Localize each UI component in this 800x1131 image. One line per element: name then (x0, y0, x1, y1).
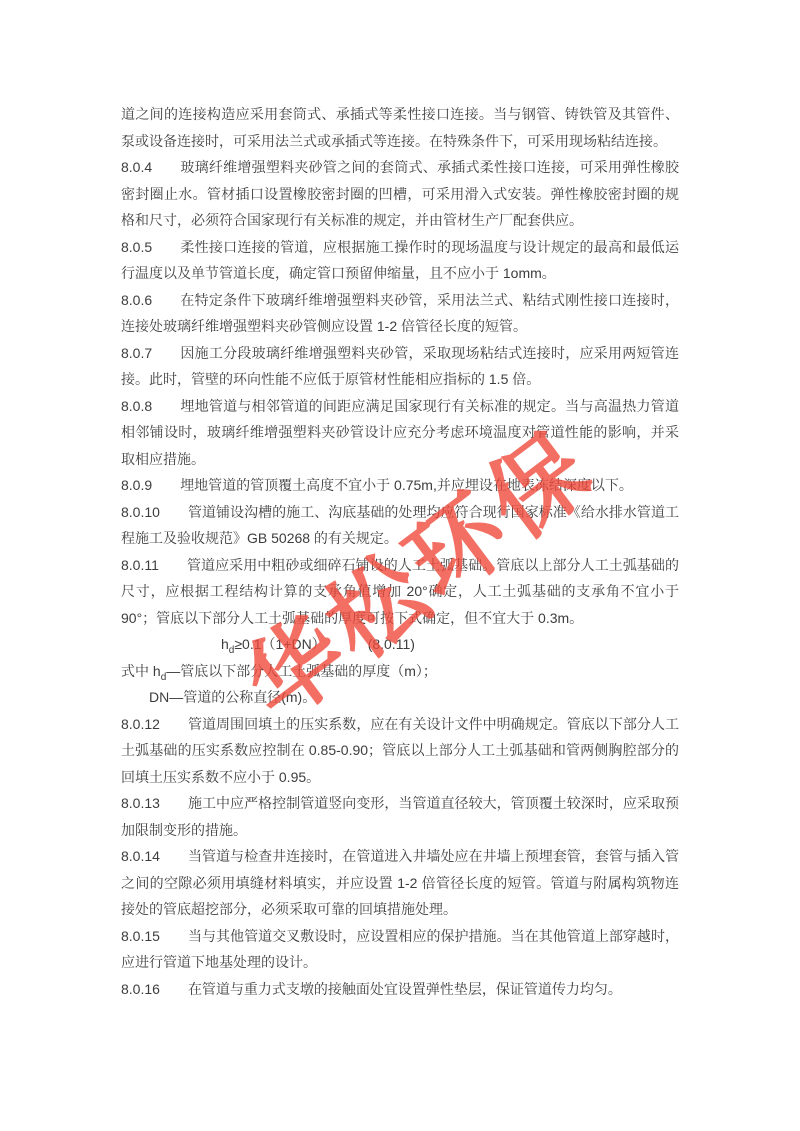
clause-number: 8.0.15 (121, 928, 160, 944)
clause-number: 8.0.11 (121, 557, 159, 573)
clause-8-0-5: 8.0.5柔性接口连接的管道，应根据施工操作时的现场温度与设计规定的最高和最低运… (121, 234, 679, 287)
clause-number: 8.0.6 (121, 292, 152, 308)
formula-equation-number: (8.0.11) (368, 636, 415, 652)
clause-number: 8.0.10 (121, 504, 160, 520)
clause-number: 8.0.16 (121, 981, 160, 997)
clause-8-0-12: 8.0.12管道周围回填土的压实系数，应在有关设计文件中明确规定。管底以下部分人… (121, 711, 679, 791)
document-text-block: 道之间的连接构造应采用套筒式、承插式等柔性接口连接。当与钢管、铸铁管及其管件、泵… (121, 101, 679, 1002)
clause-text: 管道铺设沟槽的施工、沟底基础的处理均应符合现行国家标准《给水排水管道工程施工及验… (121, 504, 679, 547)
clause-number: 8.0.8 (121, 398, 152, 414)
clause-8-0-6: 8.0.6在特定条件下玻璃纤维增强塑料夹砂管，采用法兰式、粘结式刚性接口连接时，… (121, 287, 679, 340)
clause-8-0-11: 8.0.11管道应采用中粗砂或细碎石铺设的人工土弧基础。管底以上部分人工土弧基础… (121, 552, 679, 632)
dn-text: DN—管道的公称直径(m)。 (149, 689, 316, 705)
clause-8-0-10: 8.0.10管道铺设沟槽的施工、沟底基础的处理均应符合现行国家标准《给水排水管道… (121, 499, 679, 552)
clause-text: 当与其他管道交叉敷设时，应设置相应的保护措施。当在其他管道上部穿越时，应进行管道… (121, 928, 679, 971)
paragraph-continuation: 道之间的连接构造应采用套筒式、承插式等柔性接口连接。当与钢管、铸铁管及其管件、泵… (121, 101, 679, 154)
where-text: —管底以下部分人工土弧基础的厚度（m）； (166, 663, 437, 679)
clause-text: 埋地管道的管顶覆土高度不宜小于 0.75m,并应埋设在地表冻结深度以下。 (180, 477, 633, 493)
clause-8-0-4: 8.0.4玻璃纤维增强塑料夹砂管之间的套筒式、承插式柔性接口连接，可采用弹性橡胶… (121, 154, 679, 234)
formula-dn-definition: DN—管道的公称直径(m)。 (121, 684, 679, 711)
clause-number: 8.0.14 (121, 848, 160, 864)
clause-number: 8.0.7 (121, 345, 152, 361)
formula-variable: h (221, 636, 229, 652)
clause-text: 道之间的连接构造应采用套筒式、承插式等柔性接口连接。当与钢管、铸铁管及其管件、泵… (121, 106, 679, 149)
clause-text: 玻璃纤维增强塑料夹砂管之间的套筒式、承插式柔性接口连接，可采用弹性橡胶密封圈止水… (121, 159, 679, 228)
clause-text: 在特定条件下玻璃纤维增强塑料夹砂管，采用法兰式、粘结式刚性接口连接时，连接处玻璃… (121, 292, 679, 335)
clause-8-0-9: 8.0.9埋地管道的管顶覆土高度不宜小于 0.75m,并应埋设在地表冻结深度以下… (121, 472, 679, 499)
clause-8-0-16: 8.0.16在管道与重力式支墩的接触面处宜设置弹性垫层，保证管道传力均匀。 (121, 976, 679, 1003)
clause-number: 8.0.12 (121, 716, 160, 732)
clause-number: 8.0.4 (121, 159, 152, 175)
clause-number: 8.0.13 (121, 795, 160, 811)
clause-text: 管道应采用中粗砂或细碎石铺设的人工土弧基础。管底以上部分人工土弧基础的尺寸，应根… (121, 557, 679, 626)
clause-text: 埋地管道与相邻管道的间距应满足国家现行有关标准的规定。当与高温热力管道相邻铺设时… (121, 398, 679, 467)
where-lead: 式中 h (121, 663, 161, 679)
clause-text: 柔性接口连接的管道，应根据施工操作时的现场温度与设计规定的最高和最低运行温度以及… (121, 239, 679, 282)
formula-expression: ≥0.1（1+DN） (234, 636, 325, 652)
formula-8-0-11: hd≥0.1（1+DN）(8.0.11) (121, 631, 679, 658)
formula-where-definition: 式中 hd—管底以下部分人工土弧基础的厚度（m）； (121, 658, 679, 685)
clause-8-0-15: 8.0.15当与其他管道交叉敷设时，应设置相应的保护措施。当在其他管道上部穿越时… (121, 923, 679, 976)
clause-8-0-8: 8.0.8埋地管道与相邻管道的间距应满足国家现行有关标准的规定。当与高温热力管道… (121, 393, 679, 473)
clause-8-0-7: 8.0.7因施工分段玻璃纤维增强塑料夹砂管，采取现场粘结式连接时，应采用两短管连… (121, 340, 679, 393)
clause-text: 当管道与检查井连接时，在管道进入井墙处应在井墙上预埋套管，套管与插入管之间的空隙… (121, 848, 679, 917)
clause-text: 管道周围回填土的压实系数，应在有关设计文件中明确规定。管底以下部分人工土弧基础的… (121, 716, 679, 785)
clause-number: 8.0.9 (121, 477, 152, 493)
clause-text: 在管道与重力式支墩的接触面处宜设置弹性垫层，保证管道传力均匀。 (188, 981, 622, 997)
clause-8-0-13: 8.0.13施工中应严格控制管道竖向变形，当管道直径较大，管顶覆土较深时，应采取… (121, 790, 679, 843)
clause-text: 因施工分段玻璃纤维增强塑料夹砂管，采取现场粘结式连接时，应采用两短管连接。此时，… (121, 345, 679, 388)
clause-text: 施工中应严格控制管道竖向变形，当管道直径较大，管顶覆土较深时，应采取预加限制变形… (121, 795, 679, 838)
clause-number: 8.0.5 (121, 239, 152, 255)
clause-8-0-14: 8.0.14当管道与检查井连接时，在管道进入井墙处应在井墙上预埋套管，套管与插入… (121, 843, 679, 923)
document-page: 道之间的连接构造应采用套筒式、承插式等柔性接口连接。当与钢管、铸铁管及其管件、泵… (0, 0, 800, 1131)
